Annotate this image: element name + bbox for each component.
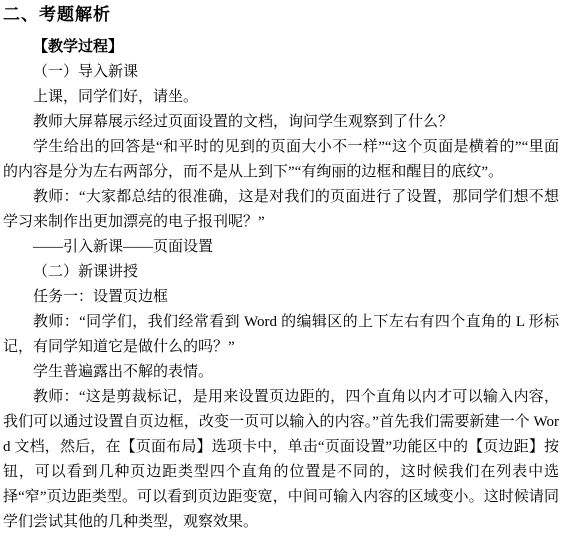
page-title: 二、考题解析 (3, 3, 559, 27)
document-page: 二、考题解析 【教学过程】（一）导入新课上课，同学们好，请坐。教师大屏幕展示经过… (0, 0, 563, 542)
paragraph: 教师：“同学们，我们经常看到 Word 的编辑区的上下左右有四个直角的 L 形标… (3, 310, 559, 360)
paragraph: 学生普遍露出不解的表情。 (3, 360, 559, 385)
paragraph: 教师：“大家都总结的很准确，这是对我们的页面进行了设置，那同学们想不想学习来制作… (3, 185, 559, 235)
paragraph: 教师：“这是剪裁标记，是用来设置页边距的，四个直角以内才可以输入内容，我们可以通… (3, 385, 559, 535)
paragraph: 上课，同学们好，请坐。 (3, 85, 559, 110)
paragraph: 教师大屏幕展示经过页面设置的文档，询问学生观察到了什么？ (3, 110, 559, 135)
paragraph-list: 【教学过程】（一）导入新课上课，同学们好，请坐。教师大屏幕展示经过页面设置的文档… (3, 35, 559, 535)
paragraph: 学生给出的回答是“和平时的见到的页面大小不一样”“这个页面是横着的”“里面的内容… (3, 135, 559, 185)
paragraph: ——引入新课——页面设置 (3, 235, 559, 260)
paragraph: （二）新课讲授 (3, 260, 559, 285)
paragraph: 任务一：设置页边框 (3, 285, 559, 310)
paragraph: （一）导入新课 (3, 60, 559, 85)
paragraph: 【教学过程】 (3, 35, 559, 60)
